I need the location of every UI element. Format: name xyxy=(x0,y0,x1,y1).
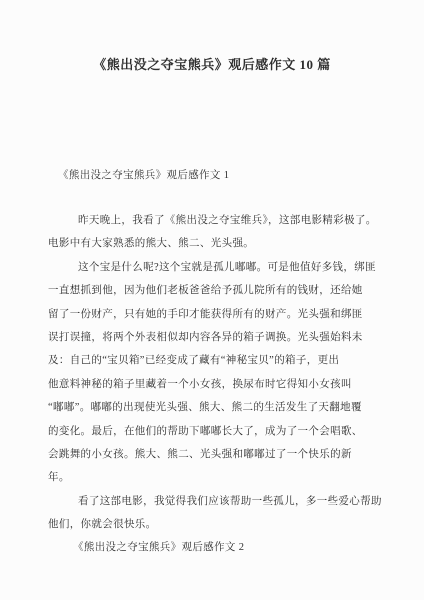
paragraph-line: 他们，你就会很快乐。 xyxy=(48,513,374,536)
paragraph-line: 他意料神秘的箱子里藏着一个小女孩，换尿布时它得知小女孩叫 xyxy=(48,373,374,396)
section-1-heading: 《熊出没之夺宝熊兵》观后感作文 1 xyxy=(48,164,374,187)
paragraph-line: 电影中有大家熟悉的熊大、熊二、光头强。 xyxy=(48,232,374,255)
paragraph-line: “嘟嘟”。嘟嘟的出现使光头强、熊大、熊二的生活发生了天翻地覆 xyxy=(48,396,374,419)
paragraph-line: 这个宝是什么呢?这个宝就是孤儿嘟嘟。可是他值好多钱，绑匪 xyxy=(48,256,374,279)
section-2-heading: 《熊出没之夺宝熊兵》观后感作文 2 xyxy=(48,536,374,559)
document-title: 《熊出没之夺宝熊兵》观后感作文 10 篇 xyxy=(0,54,424,73)
document-page: 《熊出没之夺宝熊兵》观后感作文 10 篇 《熊出没之夺宝熊兵》观后感作文 1 昨… xyxy=(0,0,424,600)
paragraph-line: 误打误撞，将两个外表相似却内容各异的箱子调换。光头强始料未 xyxy=(48,326,374,349)
paragraph-line: 会跳舞的小女孩。熊大、熊二、光头强和嘟嘟过了一个快乐的新 xyxy=(48,443,374,466)
paragraph-line: 一直想抓到他，因为他们老板爸爸给予孤儿院所有的钱财，还给她 xyxy=(48,279,374,302)
paragraph-line: 的变化。最后，在他们的帮助下嘟嘟长大了，成为了一个会唱歌、 xyxy=(48,420,374,443)
paragraph-line: 昨天晚上，我看了《熊出没之夺宝维兵》，这部电影精彩极了。 xyxy=(48,209,374,232)
paragraph-line: 及：自己的“宝贝箱”已经变成了藏有“神秘宝贝”的箱子，更出 xyxy=(48,349,374,372)
paragraph-line: 年。 xyxy=(48,466,374,489)
paragraph-line: 看了这部电影，我觉得我们应该帮助一些孤儿，多一些爱心帮助 xyxy=(48,490,374,513)
paragraph-line: 留了一份财产，只有她的手印才能获得所有的财产。光头强和绑匪 xyxy=(48,303,374,326)
document-body: 《熊出没之夺宝熊兵》观后感作文 1 昨天晚上，我看了《熊出没之夺宝维兵》，这部电… xyxy=(48,164,374,560)
